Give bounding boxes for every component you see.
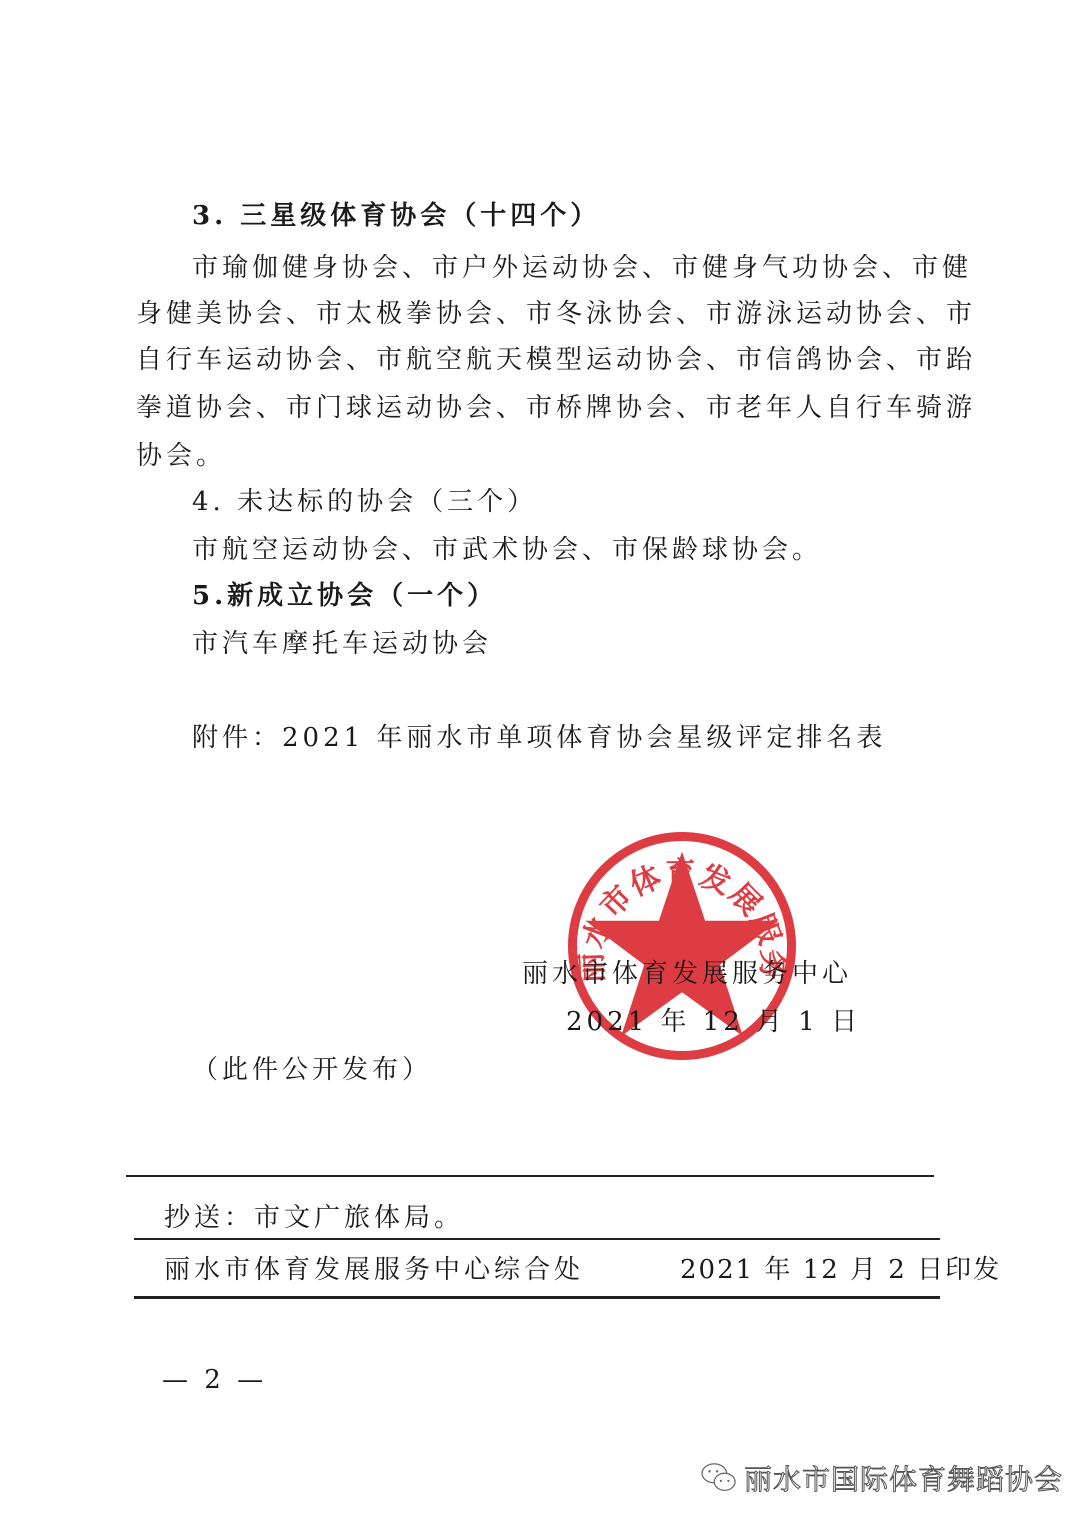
watermark-text: 丽水市国际体育舞蹈协会 xyxy=(744,1458,1063,1498)
section4-heading: 4. 未达标的协会（三个） xyxy=(192,484,537,520)
section3-line-4: 拳道协会、市门球运动协会、市桥牌协会、市老年人自行车骑游 xyxy=(136,390,976,426)
section3-line-5: 协会。 xyxy=(136,438,226,474)
section4-text: 市航空运动协会、市武术协会、市保龄球协会。 xyxy=(192,532,822,568)
signature-date: 2021 年 12 月 1 日 xyxy=(566,1004,861,1040)
divider-bottom xyxy=(134,1296,940,1299)
wechat-icon xyxy=(700,1461,738,1495)
section5-heading: 5.新成立协会（一个） xyxy=(192,578,497,614)
issuer: 丽水市体育发展服务中心综合处 xyxy=(164,1252,584,1288)
signature-org: 丽水市体育发展服务中心 xyxy=(522,956,852,992)
publicity-note: （此件公开发布） xyxy=(192,1052,432,1088)
divider-top xyxy=(126,1175,934,1177)
cc-line: 抄送：市文广旅体局。 xyxy=(164,1200,464,1236)
section3-line-3: 自行车运动协会、市航空航天模型运动协会、市信鸽协会、市跆 xyxy=(136,342,976,378)
section5-text: 市汽车摩托车运动协会 xyxy=(192,626,492,662)
attachment-line: 附件：2021 年丽水市单项体育协会星级评定排名表 xyxy=(192,720,886,756)
issue-date: 2021 年 12 月 2 日印发 xyxy=(680,1252,1001,1288)
section3-line-1: 市瑜伽健身协会、市户外运动协会、市健身气功协会、市健 xyxy=(192,250,972,286)
section3-heading: 3. 三星级体育协会（十四个） xyxy=(192,198,600,234)
divider-middle xyxy=(134,1238,940,1240)
page-number: — 2 — xyxy=(162,1362,267,1398)
section3-line-2: 身健美协会、市太极拳协会、市冬泳协会、市游泳运动协会、市 xyxy=(136,296,976,332)
watermark: 丽水市国际体育舞蹈协会 xyxy=(700,1458,1063,1498)
